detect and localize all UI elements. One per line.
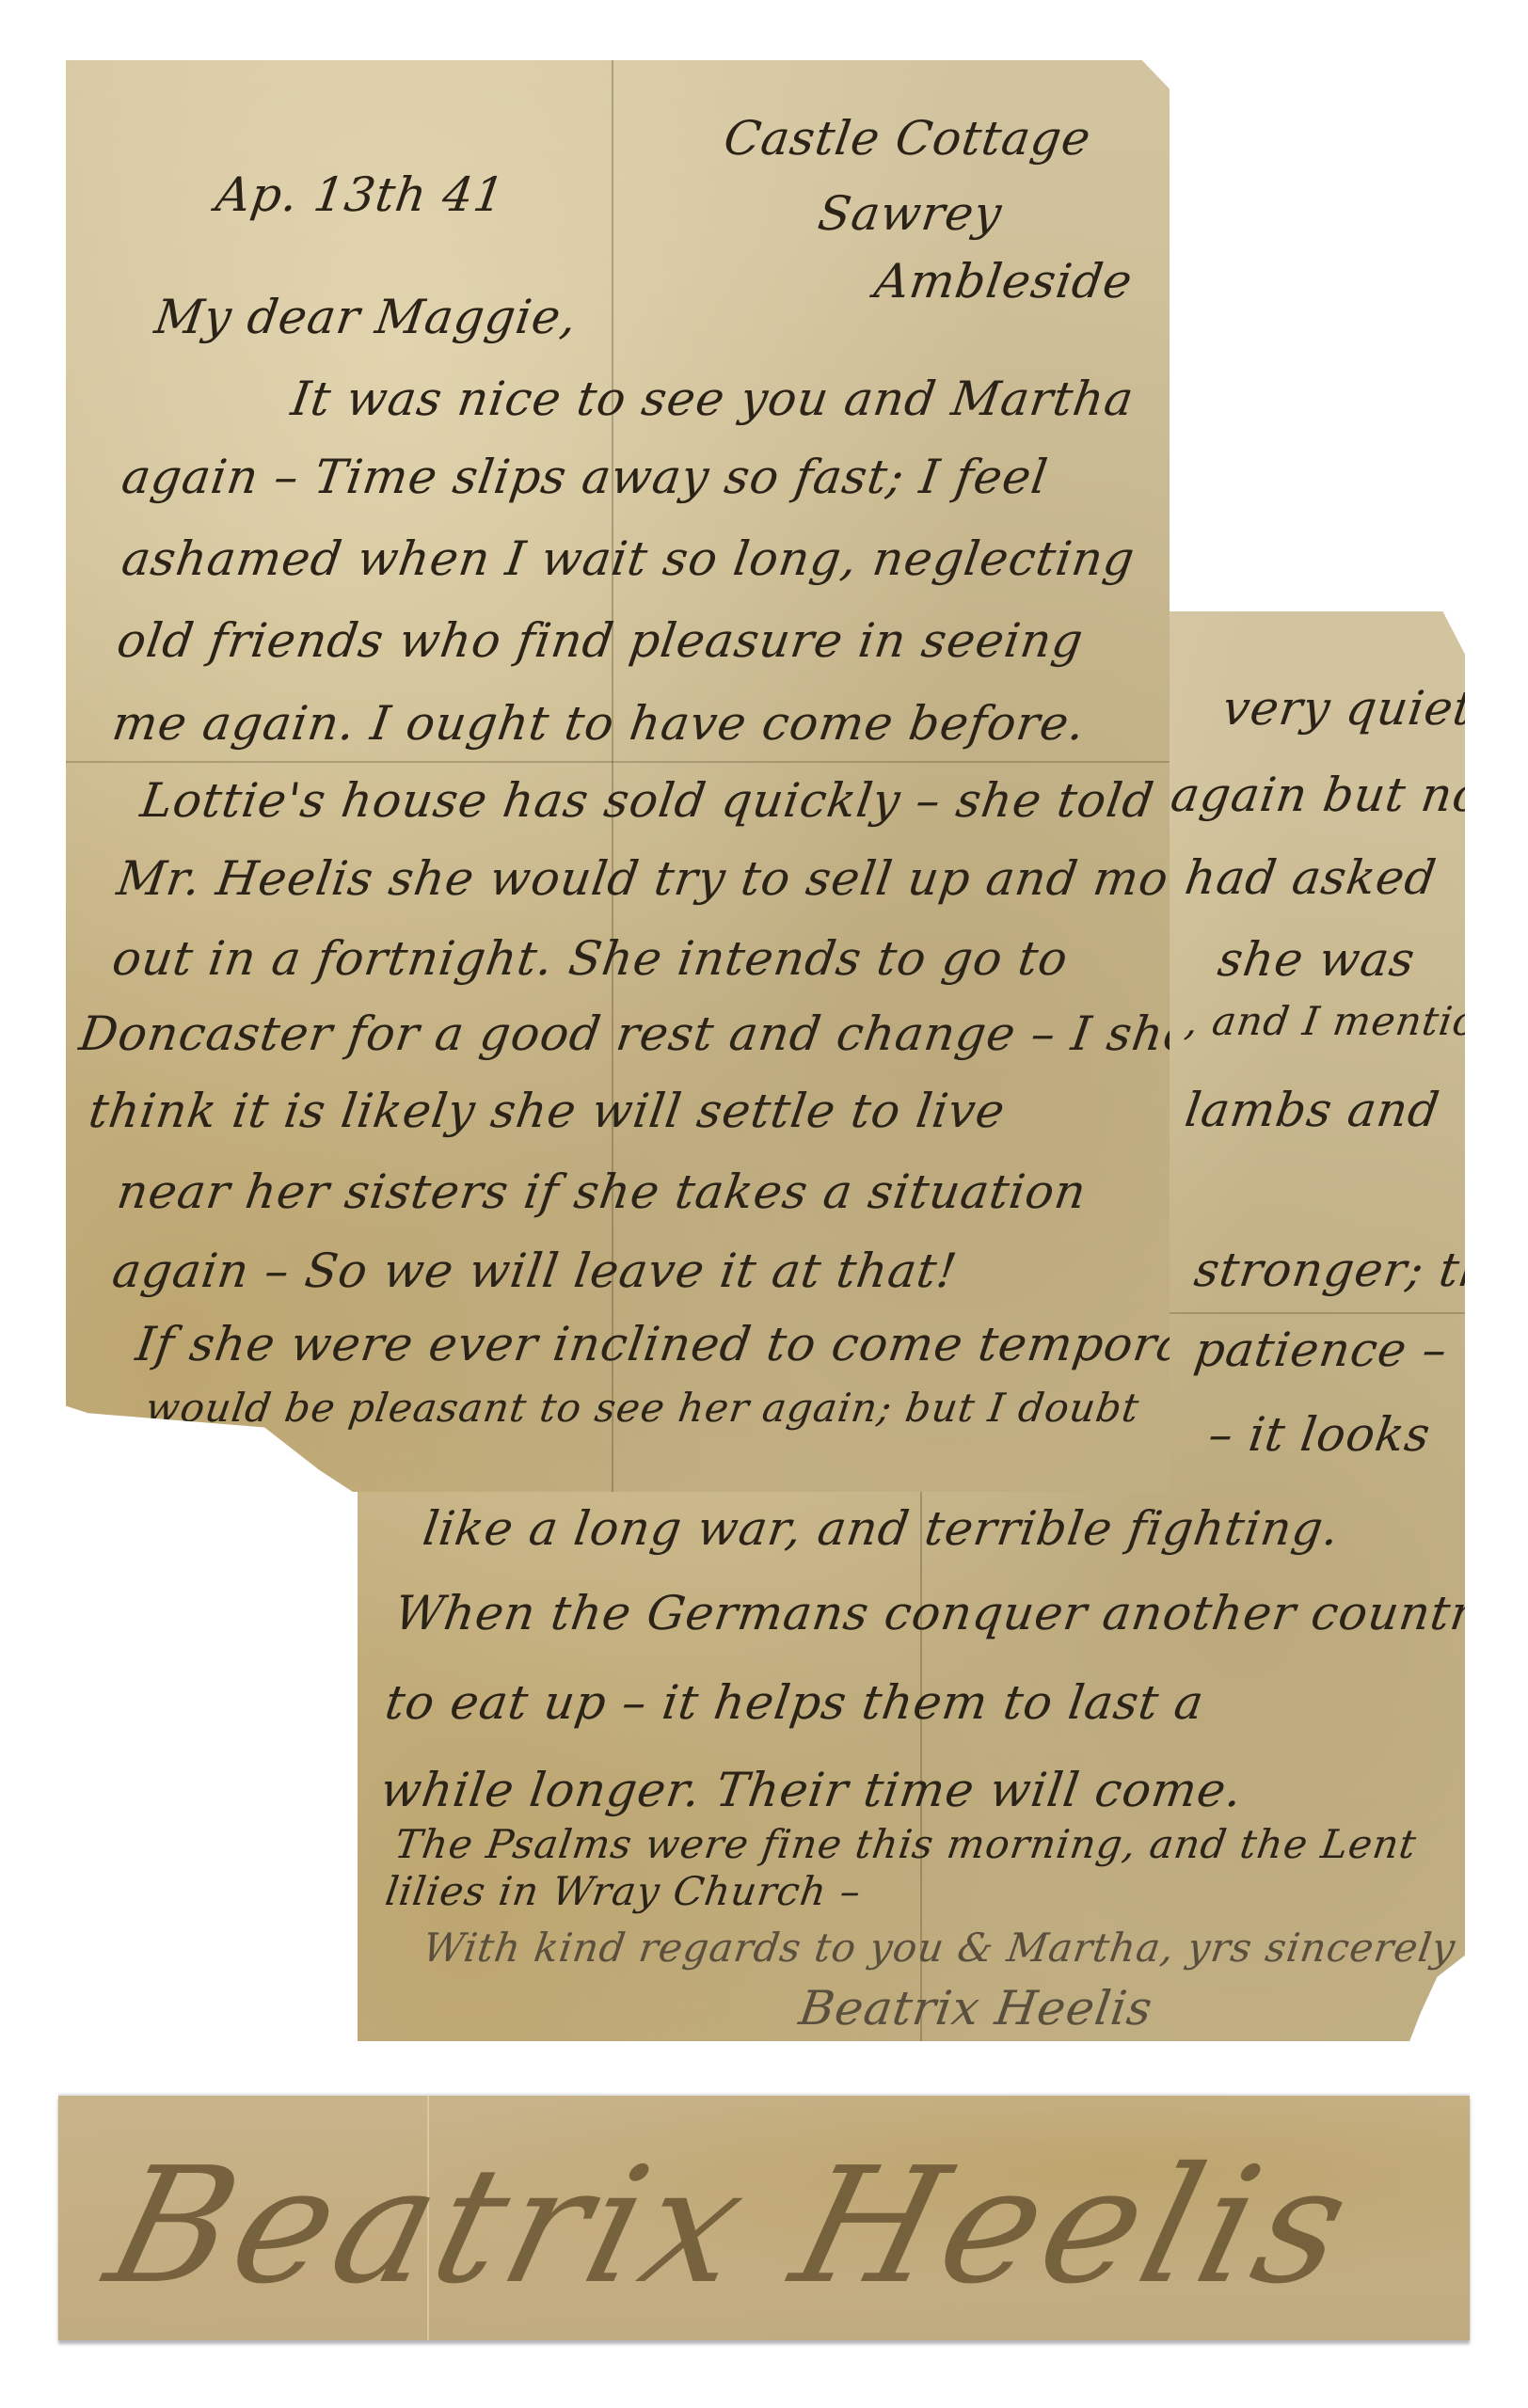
back-fragment: stronger; there <box>1191 1246 1528 1293</box>
body-line: again – Time slips away so fast; I feel <box>119 453 1050 500</box>
back-line: lilies in Wray Church – <box>383 1872 864 1911</box>
back-fragment: lambs and <box>1182 1086 1442 1133</box>
body-line: Mr. Heelis she would try to sell up and … <box>114 855 1228 902</box>
salutation: My dear Maggie, <box>151 293 580 341</box>
back-fragment: had asked <box>1182 854 1439 901</box>
body-line: Lottie's house has sold quickly – she to… <box>137 777 1156 824</box>
back-line: to eat up – it helps them to last a <box>382 1679 1206 1726</box>
fold-line-horizontal <box>66 761 1170 763</box>
signature: Beatrix Heelis <box>796 1985 1155 2032</box>
back-fragment: patience – <box>1191 1326 1450 1373</box>
body-line: It was nice to see you and Martha <box>288 375 1137 422</box>
body-line: would be pleasant to see her again; but … <box>143 1388 1142 1428</box>
back-fragment: very quiet – <box>1219 685 1517 732</box>
address-line: Castle Cottage <box>721 115 1093 162</box>
body-line: out in a fortnight. She intends to go to <box>109 935 1071 982</box>
back-line: When the Germans conquer another country <box>391 1590 1504 1637</box>
body-line: me again. I ought to have come before. <box>109 700 1088 747</box>
body-line: near her sisters if she takes a situatio… <box>114 1168 1089 1215</box>
body-line: If she were ever inclined to come tempor… <box>133 1321 1301 1368</box>
body-line: again – So we will leave it at that! <box>109 1247 960 1294</box>
letter-front-page: Ap. 13th 41 Castle Cottage Sawrey Ambles… <box>66 60 1170 1492</box>
signature-enlarged: Beatrix Heelis <box>91 2133 1371 2320</box>
letter-date: Ap. 13th 41 <box>213 171 507 218</box>
body-line: think it is likely she will settle to li… <box>86 1087 1008 1134</box>
body-line: Doncaster for a good rest and change – I… <box>76 1010 1274 1057</box>
closing-line: With kind regards to you & Martha, yrs s… <box>421 1928 1458 1968</box>
back-line: The Psalms were fine this morning, and t… <box>392 1825 1419 1864</box>
back-fragment: – it looks <box>1205 1411 1433 1458</box>
back-fragment: , and I mentioned <box>1183 1002 1528 1041</box>
address-line: Ambleside <box>871 258 1135 305</box>
back-fragment: again but not <box>1168 771 1504 818</box>
body-line: ashamed when I wait so long, neglecting <box>119 535 1138 582</box>
address-line: Sawrey <box>815 190 1005 237</box>
back-line: while longer. Their time will come. <box>377 1766 1245 1814</box>
signature-closeup: Beatrix Heelis <box>58 2096 1470 2340</box>
back-line: like a long war, and terrible fighting. <box>420 1505 1342 1552</box>
back-fragment: she was <box>1215 936 1418 983</box>
body-line: old friends who find pleasure in seeing <box>114 617 1086 664</box>
